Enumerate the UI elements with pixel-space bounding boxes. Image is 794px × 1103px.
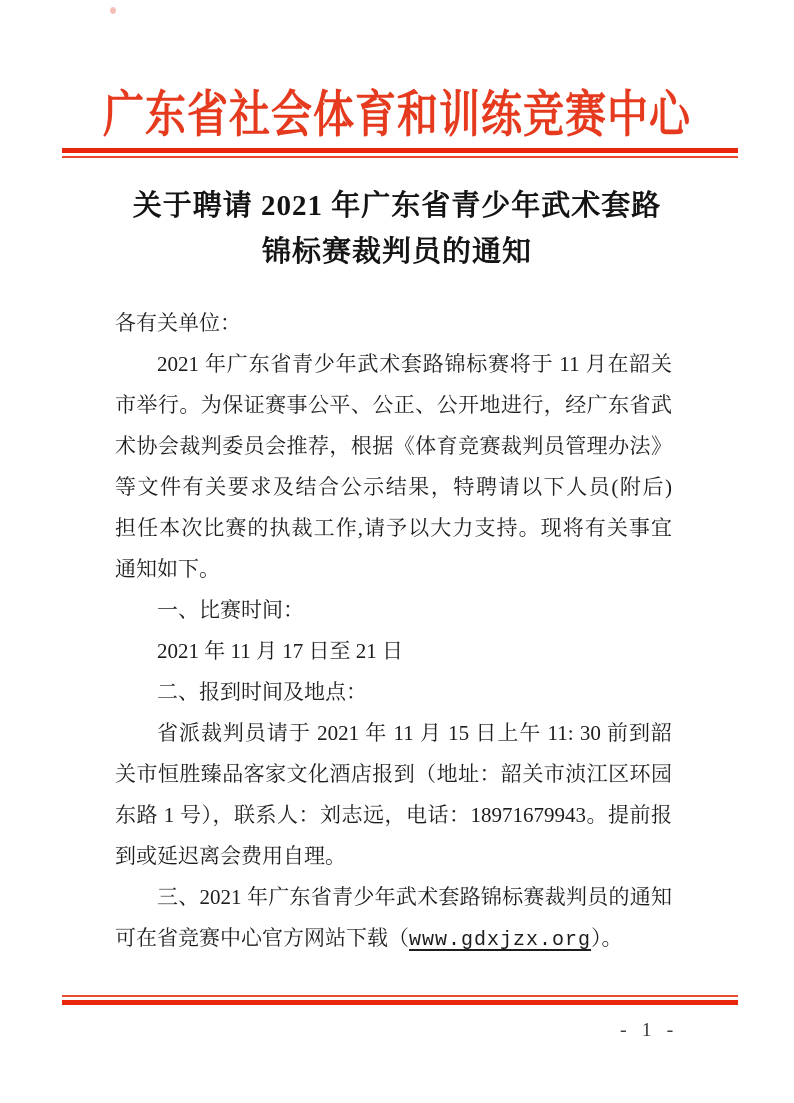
red-rule-bottom [62,995,738,1005]
body-line: 关市恒胜臻品客家文化酒店报到（地址：韶关市浈江区环园 [115,754,672,795]
body-line: 市举行。为保证赛事公平、公正、公开地进行，经广东省武 [115,385,672,426]
body-line: 等文件有关要求及结合公示结果，特聘请以下人员(附后) [115,467,672,508]
page-number: - 1 - [620,1019,678,1042]
section-heading-2: 二、报到时间及地点： [115,672,672,713]
section-heading-1: 一、比赛时间： [115,590,672,631]
document-title-line-1: 关于聘请 2021 年广东省青少年武术套路 [0,183,794,229]
body-line: 担任本次比赛的执裁工作,请予以大力支持。现将有关事宜 [115,508,672,549]
body-line: 2021 年广东省青少年武术套路锦标赛将于 11 月在韶关 [115,344,672,385]
document-page: 广东省社会体育和训练竞赛中心 关于聘请 2021 年广东省青少年武术套路 锦标赛… [0,0,794,1103]
competition-date: 2021 年 11 月 17 日至 21 日 [115,631,672,672]
document-body: 各有关单位： 2021 年广东省青少年武术套路锦标赛将于 11 月在韶关 市举行… [115,303,672,959]
document-title-line-2: 锦标赛裁判员的通知 [0,229,794,275]
red-rule-top-thin [62,156,738,158]
body-line: 东路 1 号），联系人：刘志远，电话：18971679943。提前报 [115,795,672,836]
body-line: 省派裁判员请于 2021 年 11 月 15 日上午 11: 30 前到韶 [115,713,672,754]
body-line: 通知如下。 [115,549,672,590]
red-rule-bottom-thin [62,995,738,997]
section-heading-3: 三、2021 年广东省青少年武术套路锦标赛裁判员的通知 [115,877,672,918]
salutation-line: 各有关单位： [115,303,672,344]
red-rule-top-thick [62,148,738,153]
body-line-with-link: 可在省竞赛中心官方网站下载（www.gdxjzx.org）。 [115,918,672,959]
body-line: 到或延迟离会费用自理。 [115,836,672,877]
link-line-post: ）。 [591,926,623,950]
document-title: 关于聘请 2021 年广东省青少年武术套路 锦标赛裁判员的通知 [0,183,794,275]
red-rule-top [62,148,738,158]
red-rule-bottom-thick [62,1000,738,1005]
website-link: www.gdxjzx.org [409,929,591,952]
body-line: 术协会裁判委员会推荐，根据《体育竞赛裁判员管理办法》 [115,426,672,467]
org-name-header: 广东省社会体育和训练竞赛中心 [0,74,794,146]
link-line-pre: 可在省竞赛中心官方网站下载（ [115,926,409,950]
scan-speck [110,7,116,14]
